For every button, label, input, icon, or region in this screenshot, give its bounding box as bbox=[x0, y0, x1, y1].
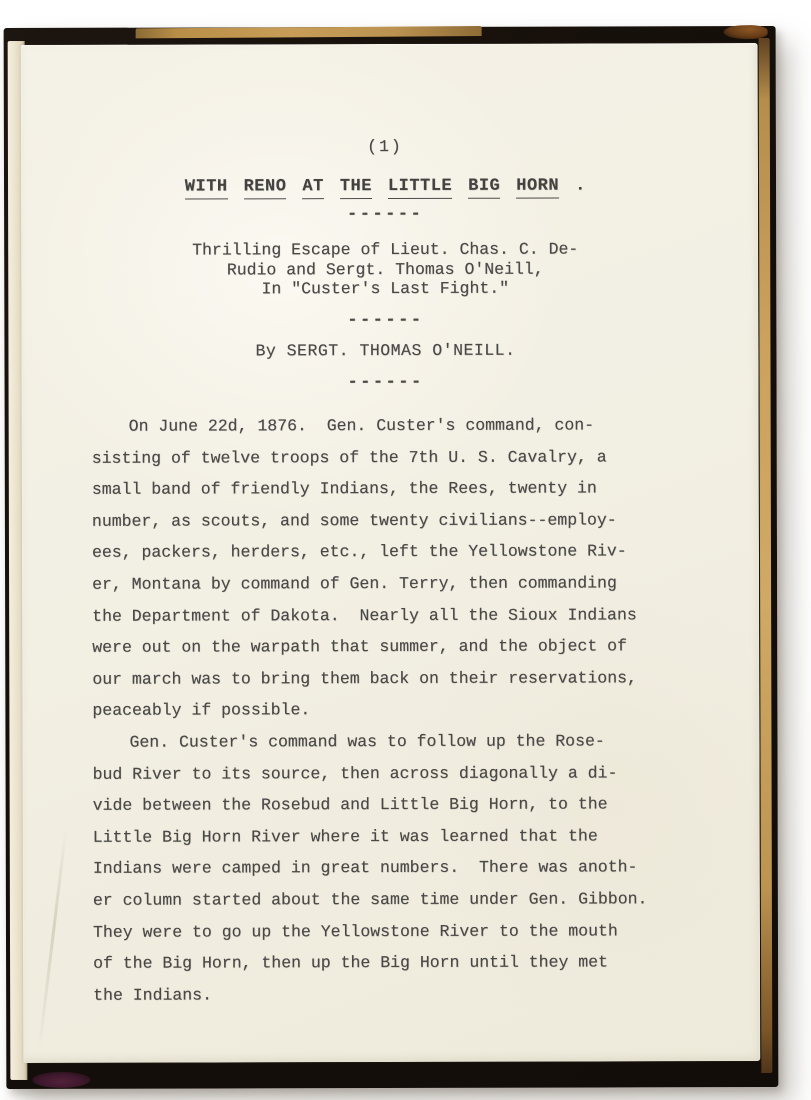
text-line: ees, packers, herders, etc., left the Ye… bbox=[92, 536, 682, 569]
separator-dashes: ------ bbox=[99, 203, 671, 226]
separator-dashes: ------ bbox=[99, 309, 671, 332]
separator-dashes: ------ bbox=[100, 371, 672, 394]
cover-bottom-wear bbox=[32, 1072, 90, 1088]
text-line: of the Big Horn, then up the Big Horn un… bbox=[93, 946, 683, 979]
title-word: THE bbox=[340, 177, 372, 199]
text-line: Gen. Custer's command was to follow up t… bbox=[92, 725, 682, 758]
subtitle: Thrilling Escape of Lieut. Chas. C. De-R… bbox=[99, 239, 671, 299]
title-period: . bbox=[575, 176, 585, 195]
text-line: number, as scouts, and some twenty civil… bbox=[92, 504, 682, 537]
title-word: HORN bbox=[516, 177, 559, 199]
text-line: sisting of twelve troops of the 7th U. S… bbox=[92, 441, 682, 474]
text-line: er, Montana by command of Gen. Terry, th… bbox=[92, 567, 682, 600]
text-line: Indians were camped in great numbers. Th… bbox=[93, 852, 683, 885]
page-edge-right bbox=[759, 38, 773, 1073]
article-title: WITHRENOATTHELITTLEBIGHORN. bbox=[99, 176, 671, 196]
text-line: Little Big Horn River where it was learn… bbox=[93, 820, 683, 853]
title-word: RENO bbox=[244, 177, 287, 199]
gilt-top-edge bbox=[136, 26, 482, 38]
title-word: BIG bbox=[468, 177, 500, 199]
text-line: the Indians. bbox=[93, 978, 683, 1011]
text-line: er column started about the same time un… bbox=[93, 883, 683, 916]
text-line: bud River to its source, then across dia… bbox=[93, 757, 683, 790]
text-line: were out on the warpath that summer, and… bbox=[92, 630, 682, 663]
page-number: (1) bbox=[99, 136, 671, 156]
text-line: small band of friendly Indians, the Rees… bbox=[92, 472, 682, 505]
text-line: On June 22d, 1876. Gen. Custer's command… bbox=[92, 409, 682, 442]
book-cover: (1) WITHRENOATTHELITTLEBIGHORN. ------ T… bbox=[4, 26, 779, 1089]
body-text: On June 22d, 1876. Gen. Custer's command… bbox=[92, 409, 684, 1011]
text-line: vide between the Rosebud and Little Big … bbox=[93, 788, 683, 821]
byline: By SERGT. THOMAS O'NEILL. bbox=[99, 340, 671, 360]
subtitle-line: Rudio and Sergt. Thomas O'Neill, bbox=[99, 259, 671, 280]
subtitle-line: Thrilling Escape of Lieut. Chas. C. De- bbox=[99, 239, 671, 260]
text-line: the Department of Dakota. Nearly all the… bbox=[92, 599, 682, 632]
text-line: peaceably if possible. bbox=[92, 694, 682, 727]
subtitle-line: In "Custer's Last Fight." bbox=[99, 278, 671, 299]
text-line: our march was to bring them back on thei… bbox=[92, 662, 682, 695]
title-word: AT bbox=[302, 177, 323, 199]
title-word: WITH bbox=[185, 177, 228, 199]
title-word: LITTLE bbox=[388, 177, 452, 199]
cover-corner-wear bbox=[724, 25, 768, 39]
text-line: They were to go up the Yellowstone River… bbox=[93, 915, 683, 948]
manuscript-page: (1) WITHRENOATTHELITTLEBIGHORN. ------ T… bbox=[21, 43, 761, 1063]
